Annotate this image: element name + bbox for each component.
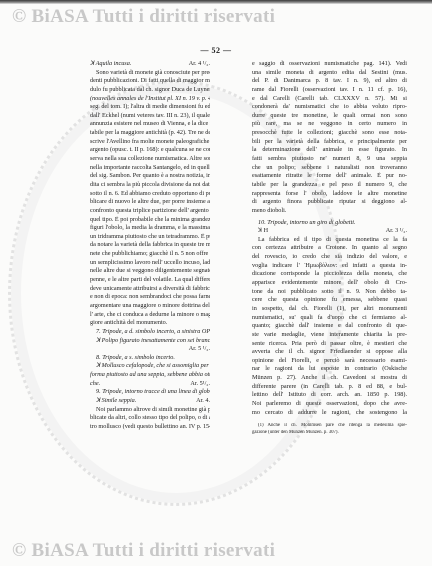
text-line: del rovescio, io credo che sia indizio d… bbox=[252, 253, 407, 262]
entry-8: 8. Tripode, a s. simbolo incerto. ꓘ Moll… bbox=[90, 354, 210, 389]
entry-8-reverse-line: che. bbox=[90, 380, 100, 389]
text-line: una simile moneta di argento edita dal S… bbox=[252, 69, 407, 78]
text-line: un semplicissimo lavoro nell' uccello in… bbox=[90, 259, 210, 268]
entry-10-tail: ꓘ H Ar. 3 ¹/₂. bbox=[252, 227, 407, 236]
entry-8-title: 8. Tripode, a s. simbolo incerto. bbox=[90, 354, 210, 363]
text-line: fatti sembra piuttosto ne' numeri 8, 9 u… bbox=[252, 155, 407, 164]
entry-10: 10. Tripode, intorno un giro di globetti… bbox=[252, 219, 407, 236]
text-line: argomentare una maggiore o minore dottri… bbox=[90, 302, 210, 311]
text-line: rappresenta forse l' obolo, laddove le a… bbox=[252, 190, 407, 199]
footnote-line: gazione (unter den Münzen Münzen. p. 307… bbox=[252, 430, 407, 437]
footnote-line: (1) Anche il ch. Mommsen pare che riteng… bbox=[252, 423, 407, 430]
text-line: sente ricerca. Pria però di passar oltre… bbox=[252, 340, 407, 349]
text-line: mo cercato di addurre le ragioni, che so… bbox=[252, 409, 407, 418]
entry-9-value: Ar. 4. bbox=[196, 397, 210, 406]
text-line: sotto il n. 6. Ed abbiamo creduto opport… bbox=[90, 190, 210, 199]
text-line: Münzen p. 27). Anche il ch. Cavedoni si … bbox=[252, 374, 407, 383]
text-line: (nouvelles annales de l'Institut pl. XI … bbox=[90, 95, 210, 104]
entry-head-label: ꓘ Aquila incusa. bbox=[90, 60, 131, 69]
text-line: condonerà da' numismatici che io abbia v… bbox=[252, 103, 407, 112]
text-line: nete che pubblichiamo; giacchè il n. 5 n… bbox=[90, 250, 210, 259]
text-line: blicate da altri, collo stesso tipo del … bbox=[90, 414, 210, 423]
text-line: dita ci sembra la più piccola divisione … bbox=[90, 181, 210, 190]
text-line: meno dioboli. bbox=[252, 207, 407, 216]
entry-8-reverse-line: ꓘ Mollusco cefalopode, che si assomiglia… bbox=[90, 362, 210, 371]
text-line: esattamente ritratte le forme dell' anim… bbox=[252, 172, 407, 181]
entry-9-reverse: ꓘ Simile seppia. bbox=[90, 397, 136, 406]
text-line: nelle altre due si veggono diligentement… bbox=[90, 267, 210, 276]
left-paragraph-1: Sono varietà di monete già conosciute pe… bbox=[90, 69, 210, 328]
entry-7: 7. Tripode, a d. simbolo incerto, a sini… bbox=[90, 328, 210, 354]
text-line: Noi parlammo altrove di simili monetine … bbox=[90, 406, 210, 415]
text-line: voglia indicare l' Ἡμιωβόλιον: ed infatt… bbox=[252, 262, 407, 271]
entry-8-reverse-line: forma piuttosto ad una seppia, sebbene a… bbox=[90, 371, 210, 380]
text-line: confronto questa triplice partizione del… bbox=[90, 207, 210, 216]
text-line: bili per la varietà della fabbrica, e pr… bbox=[252, 138, 407, 147]
entry-head: ꓘ Aquila incusa. Ar. 4 ¹/₂. bbox=[90, 60, 210, 69]
entry-7-reverse: ꓘ Polipo figurato inesattamente con sei … bbox=[90, 337, 210, 346]
scan-top-edge bbox=[0, 0, 432, 4]
entry-10-value: Ar. 3 ¹/₂. bbox=[386, 227, 407, 236]
text-line: che un polipo; sebbene i naturalisti non… bbox=[252, 164, 407, 173]
footnote: (1) Anche il ch. Mommsen pare che riteng… bbox=[252, 423, 407, 436]
entry-8-value: Ar. 5¹/₂. bbox=[190, 380, 210, 389]
text-line: più rare, ma se ne veggono in certo nume… bbox=[252, 120, 407, 129]
text-line: tone da noi pubblicato sotto il n. 9. No… bbox=[252, 288, 407, 297]
entry-9: 9. Tripode, intorno tracce di una linea … bbox=[90, 388, 210, 405]
text-line: Noi parleremo di queste osservazioni, do… bbox=[252, 400, 407, 409]
text-line: da notare la varietà della fabbrica in q… bbox=[90, 241, 210, 250]
text-line: scrive l'Avellino fra molte monete paleo… bbox=[90, 138, 210, 147]
text-line: denti pubblicazioni. Di fatti quella di … bbox=[90, 77, 210, 86]
right-paragraph-2: La fabbrica ed il tipo di questa monetin… bbox=[252, 236, 407, 417]
text-line: apparisce evidentemente minore dell' obo… bbox=[252, 279, 407, 288]
text-line: seg. del tom. I); l'altra di medie dimen… bbox=[90, 103, 210, 112]
entry-8-tail: che. Ar. 5¹/₂. bbox=[90, 380, 210, 389]
entry-10-title: 10. Tripode, intorno un giro di globetti… bbox=[252, 219, 407, 228]
text-line: numismatici, su' quali fa d'uopo che ci … bbox=[252, 314, 407, 323]
entry-7-value: Ar. 5 ¹/₂. bbox=[90, 345, 210, 354]
text-line: figuri l'obolo, la media la dramma, e la… bbox=[90, 224, 210, 233]
text-line: dulo fu pubblicata dal ch. signor Duca d… bbox=[90, 86, 210, 95]
text-line: con certezza attribuire a Crotone. In qu… bbox=[252, 244, 407, 253]
text-line: tro mollusco (vedi questo bullettino an.… bbox=[90, 423, 210, 432]
entry-10-reverse: ꓘ H bbox=[252, 227, 268, 236]
text-line: nar le ragioni da lui esposte in contrar… bbox=[252, 365, 407, 374]
text-line: dall' Eckhel (numi veteres tav. III n. 2… bbox=[90, 112, 210, 121]
text-line: cere che questa opinione fu emessa, sebb… bbox=[252, 296, 407, 305]
text-line: e non di epoca: non sembrandoci che poss… bbox=[90, 293, 210, 302]
text-line: e dal Carelli (Carelli tab. CLXXXV n. 57… bbox=[252, 95, 407, 104]
watermark-bottom: © BiASA Tutti i diritti riservati bbox=[12, 540, 275, 562]
right-paragraph-1: e saggio di osservazioni numismatiche pa… bbox=[252, 60, 407, 216]
text-line: rame dal Fiorelli (osservazioni tav. I n… bbox=[252, 86, 407, 95]
text-line: durre queste tre monetine, le quali orma… bbox=[252, 112, 407, 121]
text-line: del P. di Danimarca p. 8 tav. I n. 9), e… bbox=[252, 77, 407, 86]
text-line: lettino dell' Istituto di corr. arch. an… bbox=[252, 391, 407, 400]
text-line: giore antichità del monumento. bbox=[90, 319, 210, 328]
text-line: in sospetto, dal ch. Fiorelli (1), per a… bbox=[252, 305, 407, 314]
text-line: dicazione corrisponde la picciolezza del… bbox=[252, 270, 407, 279]
entry-7-title: 7. Tripode, a d. simbolo incerto, a sini… bbox=[90, 328, 210, 337]
left-column: ꓘ Aquila incusa. Ar. 4 ¹/₂. Sono varietà… bbox=[90, 60, 210, 432]
text-line: quanto; giacchè dall' insieme e dal conf… bbox=[252, 322, 407, 331]
text-line: differente parere (in Carelli tab. p. 8 … bbox=[252, 383, 407, 392]
text-line: deve unicamente attribuirsi a diversità … bbox=[90, 285, 210, 294]
text-line: un tridramma piuttosto che un tetradramm… bbox=[90, 233, 210, 242]
text-line: serva nella sua collezione numismatica. … bbox=[90, 155, 210, 164]
text-line: la determinazione dell' animale in esse … bbox=[252, 146, 407, 155]
text-line: penne, e le altre parti del volatile. La… bbox=[90, 276, 210, 285]
left-paragraph-2: Noi parlammo altrove di simili monetine … bbox=[90, 406, 210, 432]
text-line: blicare di nuovo le altre due, per porre… bbox=[90, 198, 210, 207]
text-line: argento (opusc. t. II p. 168): e qualcun… bbox=[90, 146, 210, 155]
right-column: e saggio di osservazioni numismatiche pa… bbox=[252, 60, 407, 436]
text-line: di argento finora pubblicate riputar si … bbox=[252, 198, 407, 207]
text-line: presocchè tutte le collezioni; giacchè s… bbox=[252, 129, 407, 138]
text-line: del sig. Sambon. Per quanto è a nostra n… bbox=[90, 172, 210, 181]
text-line: avverta che il ch. signor Friedlaender s… bbox=[252, 348, 407, 357]
text-line: tabile per la grandezza e pel peso il nu… bbox=[252, 181, 407, 190]
text-line: annunzia esistere nel museo di Vienna, e… bbox=[90, 120, 210, 129]
text-line: e saggio di osservazioni numismatiche pa… bbox=[252, 60, 407, 69]
text-line: La fabbrica ed il tipo di questa monetin… bbox=[252, 236, 407, 245]
entry-9-tail: ꓘ Simile seppia. Ar. 4. bbox=[90, 397, 210, 406]
text-line: opinione del Fiorelli, e perciò sarà nec… bbox=[252, 357, 407, 366]
text-line: ste varie medaglie, viene interamente ch… bbox=[252, 331, 407, 340]
watermark-top: © BiASA Tutti i diritti riservati bbox=[12, 6, 275, 28]
page-number: — 52 — bbox=[0, 46, 432, 55]
entry-9-title: 9. Tripode, intorno tracce di una linea … bbox=[90, 388, 210, 397]
entry-head-value: Ar. 4 ¹/₂. bbox=[189, 60, 210, 69]
text-line: Sono varietà di monete già conosciute pe… bbox=[90, 69, 210, 78]
text-line: nella importante raccolta Santangelo, ed… bbox=[90, 164, 210, 173]
text-line: quel tipo. È poi probabile che la minima… bbox=[90, 216, 210, 225]
text-line: l' arte, che ci conduca a dedurne la min… bbox=[90, 311, 210, 320]
text-line: tabile per la maggiore antichità (p. 42)… bbox=[90, 129, 210, 138]
